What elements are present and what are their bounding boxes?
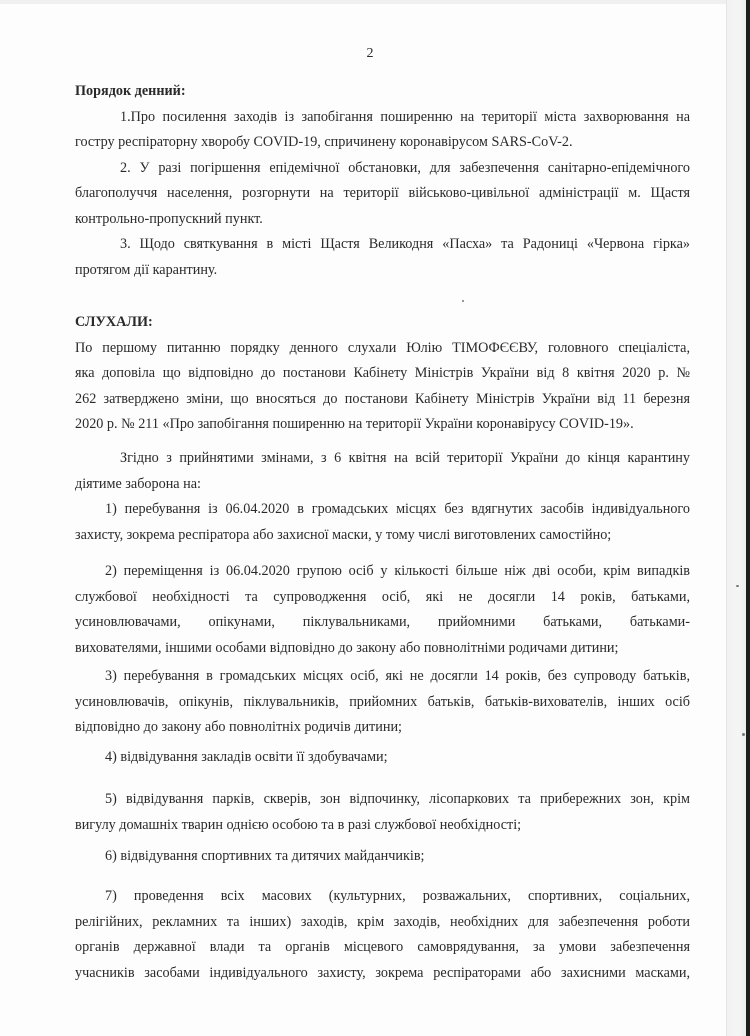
- agenda-heading: Порядок денний:: [75, 79, 690, 105]
- text-line: 3) перебування в громадських місцях осіб…: [75, 664, 690, 690]
- agenda-item-1: 1.Про посилення заходів із запобігання п…: [75, 105, 690, 156]
- text-line: 5) відвідування парків, скверів, зон від…: [75, 787, 690, 813]
- prohibition-4: 4) відвідування закладів освіти її здобу…: [75, 745, 690, 771]
- prohibition-1: 1) перебування із 06.04.2020 в громадськ…: [75, 497, 690, 548]
- text-line: 7) проведення всіх масових (культурних, …: [75, 884, 690, 910]
- prohibition-3: 3) перебування в громадських місцях осіб…: [75, 664, 690, 741]
- document-page: 2 Порядок денний: 1.Про посилення заході…: [0, 0, 750, 1036]
- text-line: протягом дії карантину.: [75, 258, 690, 284]
- prohibition-2: 2) переміщення із 06.04.2020 групою осіб…: [75, 559, 690, 661]
- text-line: 2. У разі погіршення епідемічної обстано…: [75, 156, 690, 182]
- text-line: 1) перебування із 06.04.2020 в громадськ…: [75, 497, 690, 523]
- text-line: діятиме заборона на:: [75, 472, 690, 498]
- text-line: учасників засобами індивідуального захис…: [75, 961, 690, 987]
- prohibition-5: 5) відвідування парків, скверів, зон від…: [75, 787, 690, 838]
- scan-border: [746, 0, 750, 1036]
- heard-heading: СЛУХАЛИ:: [75, 310, 690, 336]
- scan-speck: [736, 585, 739, 587]
- scan-top-edge: [0, 0, 727, 4]
- text-line: Згідно з прийнятими змінами, з 6 квітня …: [75, 446, 690, 472]
- text-line: вихователями, іншими особами відповідно …: [75, 636, 690, 662]
- text-line: 4) відвідування закладів освіти її здобу…: [75, 745, 690, 771]
- heard-section: СЛУХАЛИ: По першому питанню порядку денн…: [75, 310, 690, 438]
- page-number: 2: [0, 46, 740, 62]
- prohibition-7: 7) проведення всіх масових (культурних, …: [75, 884, 690, 986]
- text-line: благополуччя населення, розгорнути на те…: [75, 181, 690, 207]
- text-line: службової необхідності та супроводження …: [75, 585, 690, 611]
- text-line: 6) відвідування спортивних та дитячих ма…: [75, 844, 690, 870]
- text-line: 2) переміщення із 06.04.2020 групою осіб…: [75, 559, 690, 585]
- text-line: захисту, зокрема респіратора або захисно…: [75, 523, 690, 549]
- text-line: По першому питанню порядку денного слуха…: [75, 336, 690, 362]
- text-line: відповідно до закону або повнолітніх род…: [75, 715, 690, 741]
- agenda-item-3: 3. Щодо святкування в місті Щастя Велико…: [75, 232, 690, 283]
- text-line: вигулу домашніх тварин однією особою та …: [75, 813, 690, 839]
- text-line: усиновлювачів, опікунів, піклувальників,…: [75, 690, 690, 716]
- text-line: 1.Про посилення заходів із запобігання п…: [75, 105, 690, 131]
- scan-speck: [742, 733, 745, 736]
- prohibition-6: 6) відвідування спортивних та дитячих ма…: [75, 844, 690, 870]
- text-line: усиновлювачами, опікунами, піклувальника…: [75, 610, 690, 636]
- text-line: 3. Щодо святкування в місті Щастя Велико…: [75, 232, 690, 258]
- scan-speck: [462, 300, 464, 302]
- text-line: гостру респіраторну хворобу COVID-19, сп…: [75, 130, 690, 156]
- text-line: яка доповіла що відповідно до постанови …: [75, 361, 690, 387]
- text-line: релігійних, рекламних та інших) заходів,…: [75, 910, 690, 936]
- heard-intro: По першому питанню порядку денного слуха…: [75, 336, 690, 438]
- text-line: органів державної влади та органів місце…: [75, 935, 690, 961]
- changes-paragraph: Згідно з прийнятими змінами, з 6 квітня …: [75, 446, 690, 548]
- agenda-item-2: 2. У разі погіршення епідемічної обстано…: [75, 156, 690, 233]
- text-line: 2020 р. № 211 «Про запобігання поширенню…: [75, 412, 690, 438]
- text-line: контрольно-пропускний пункт.: [75, 207, 690, 233]
- scan-right-edge: [726, 0, 746, 1036]
- agenda-section: Порядок денний: 1.Про посилення заходів …: [75, 79, 690, 283]
- text-line: 262 затверджено зміни, що вносяться до п…: [75, 387, 690, 413]
